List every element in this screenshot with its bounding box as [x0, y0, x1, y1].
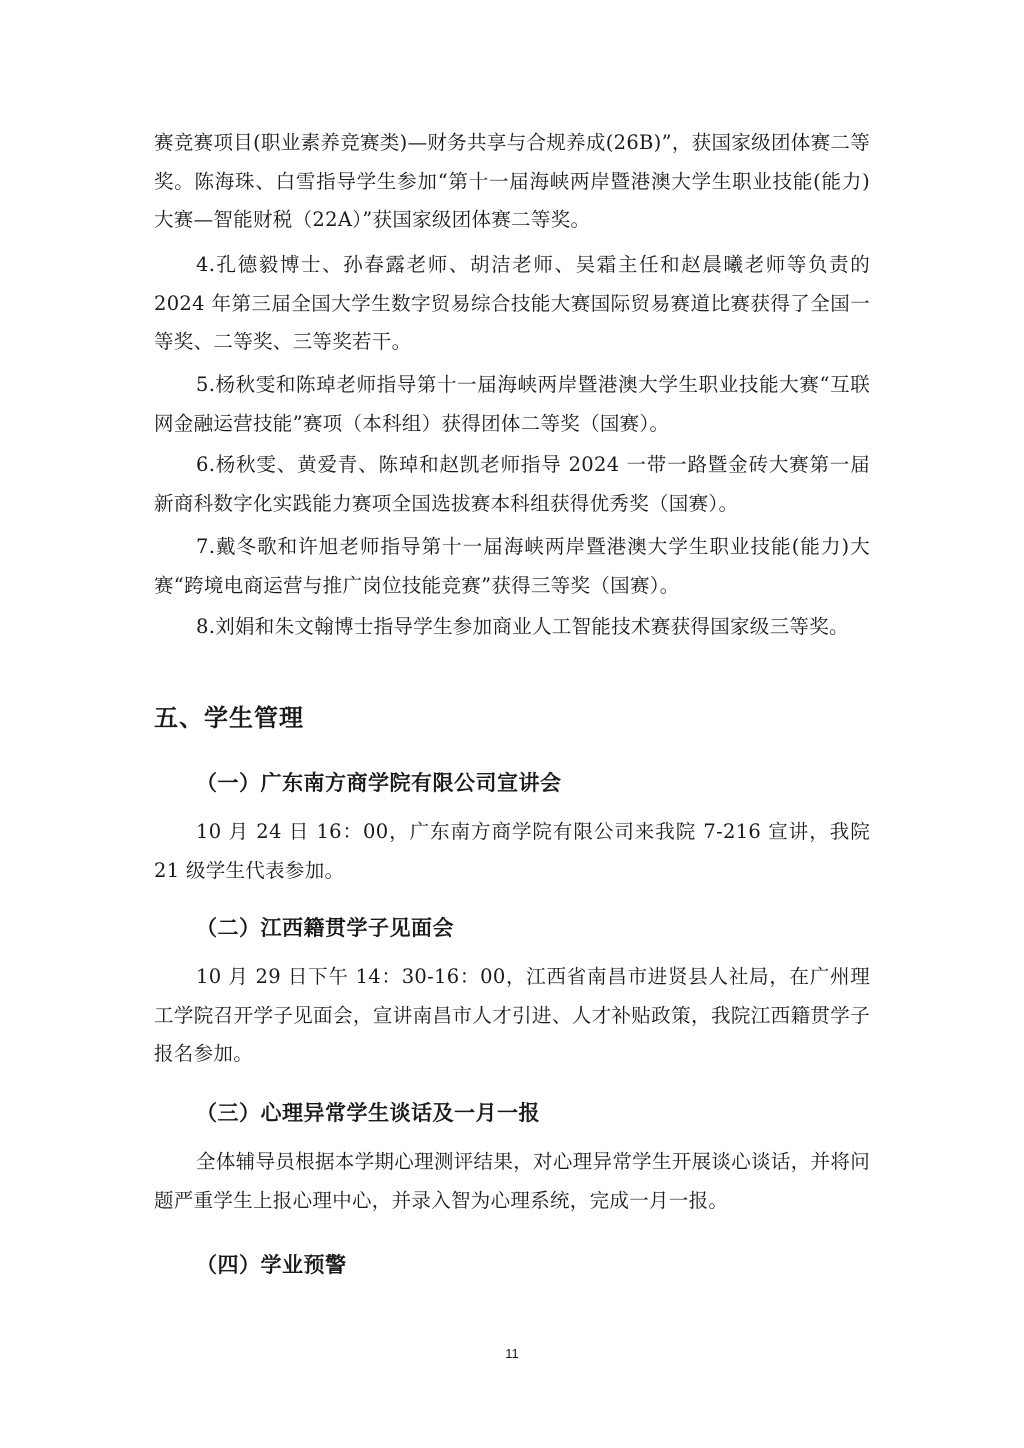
- paragraph-continuation: 赛竞赛项目(职业素养竞赛类)—财务共享与合规养成(26B)”，获国家级团体赛二等…: [154, 124, 870, 240]
- paragraph-text: 10 月 24 日 16：00，广东南方商学院有限公司来我院 7-216 宣讲，…: [154, 820, 870, 882]
- paragraph-text: 10 月 29 日下午 14：30-16：00，江西省南昌市进贤县人社局，在广州…: [154, 965, 870, 1065]
- paragraph-item-5: 5.杨秋雯和陈琸老师指导第十一届海峡两岸暨港澳大学生职业技能大赛“互联网金融运营…: [154, 366, 870, 443]
- paragraph-text: 8.刘娟和朱文翰博士指导学生参加商业人工智能技术赛获得国家级三等奖。: [196, 615, 849, 638]
- subsection-heading-3: （三）心理异常学生谈话及一月一报: [196, 1097, 540, 1127]
- paragraph-item-8: 8.刘娟和朱文翰博士指导学生参加商业人工智能技术赛获得国家级三等奖。: [154, 608, 870, 647]
- paragraph-text: 6.杨秋雯、黄爱青、陈琸和赵凯老师指导 2024 一带一路暨金砖大赛第一届新商科…: [154, 453, 870, 515]
- subsection-heading-1: （一）广东南方商学院有限公司宣讲会: [196, 767, 562, 797]
- subsection-body-3: 全体辅导员根据本学期心理测评结果，对心理异常学生开展谈心谈话，并将问题严重学生上…: [154, 1143, 870, 1220]
- document-page: 赛竞赛项目(职业素养竞赛类)—财务共享与合规养成(26B)”，获国家级团体赛二等…: [0, 0, 1024, 1448]
- section-heading-student-management: 五、学生管理: [154, 698, 304, 733]
- subsection-body-2: 10 月 29 日下午 14：30-16：00，江西省南昌市进贤县人社局，在广州…: [154, 958, 870, 1074]
- paragraph-text: 4.孔德毅博士、孙春露老师、胡洁老师、吴霜主任和赵晨曦老师等负责的 2024 年…: [154, 253, 870, 353]
- paragraph-text: 全体辅导员根据本学期心理测评结果，对心理异常学生开展谈心谈话，并将问题严重学生上…: [154, 1150, 870, 1212]
- paragraph-item-6: 6.杨秋雯、黄爱青、陈琸和赵凯老师指导 2024 一带一路暨金砖大赛第一届新商科…: [154, 446, 870, 523]
- paragraph-item-4: 4.孔德毅博士、孙春露老师、胡洁老师、吴霜主任和赵晨曦老师等负责的 2024 年…: [154, 246, 870, 362]
- subsection-heading-2: （二）江西籍贯学子见面会: [196, 912, 454, 942]
- subsection-heading-4: （四）学业预警: [196, 1249, 347, 1279]
- subsection-body-1: 10 月 24 日 16：00，广东南方商学院有限公司来我院 7-216 宣讲，…: [154, 813, 870, 890]
- paragraph-text: 赛竞赛项目(职业素养竞赛类)—财务共享与合规养成(26B)”，获国家级团体赛二等…: [154, 131, 870, 231]
- paragraph-item-7: 7.戴冬歌和许旭老师指导第十一届海峡两岸暨港澳大学生职业技能(能力)大赛“跨境电…: [154, 528, 870, 605]
- page-number: 11: [0, 1346, 1024, 1361]
- paragraph-text: 5.杨秋雯和陈琸老师指导第十一届海峡两岸暨港澳大学生职业技能大赛“互联网金融运营…: [154, 373, 870, 435]
- paragraph-text: 7.戴冬歌和许旭老师指导第十一届海峡两岸暨港澳大学生职业技能(能力)大赛“跨境电…: [154, 535, 870, 597]
